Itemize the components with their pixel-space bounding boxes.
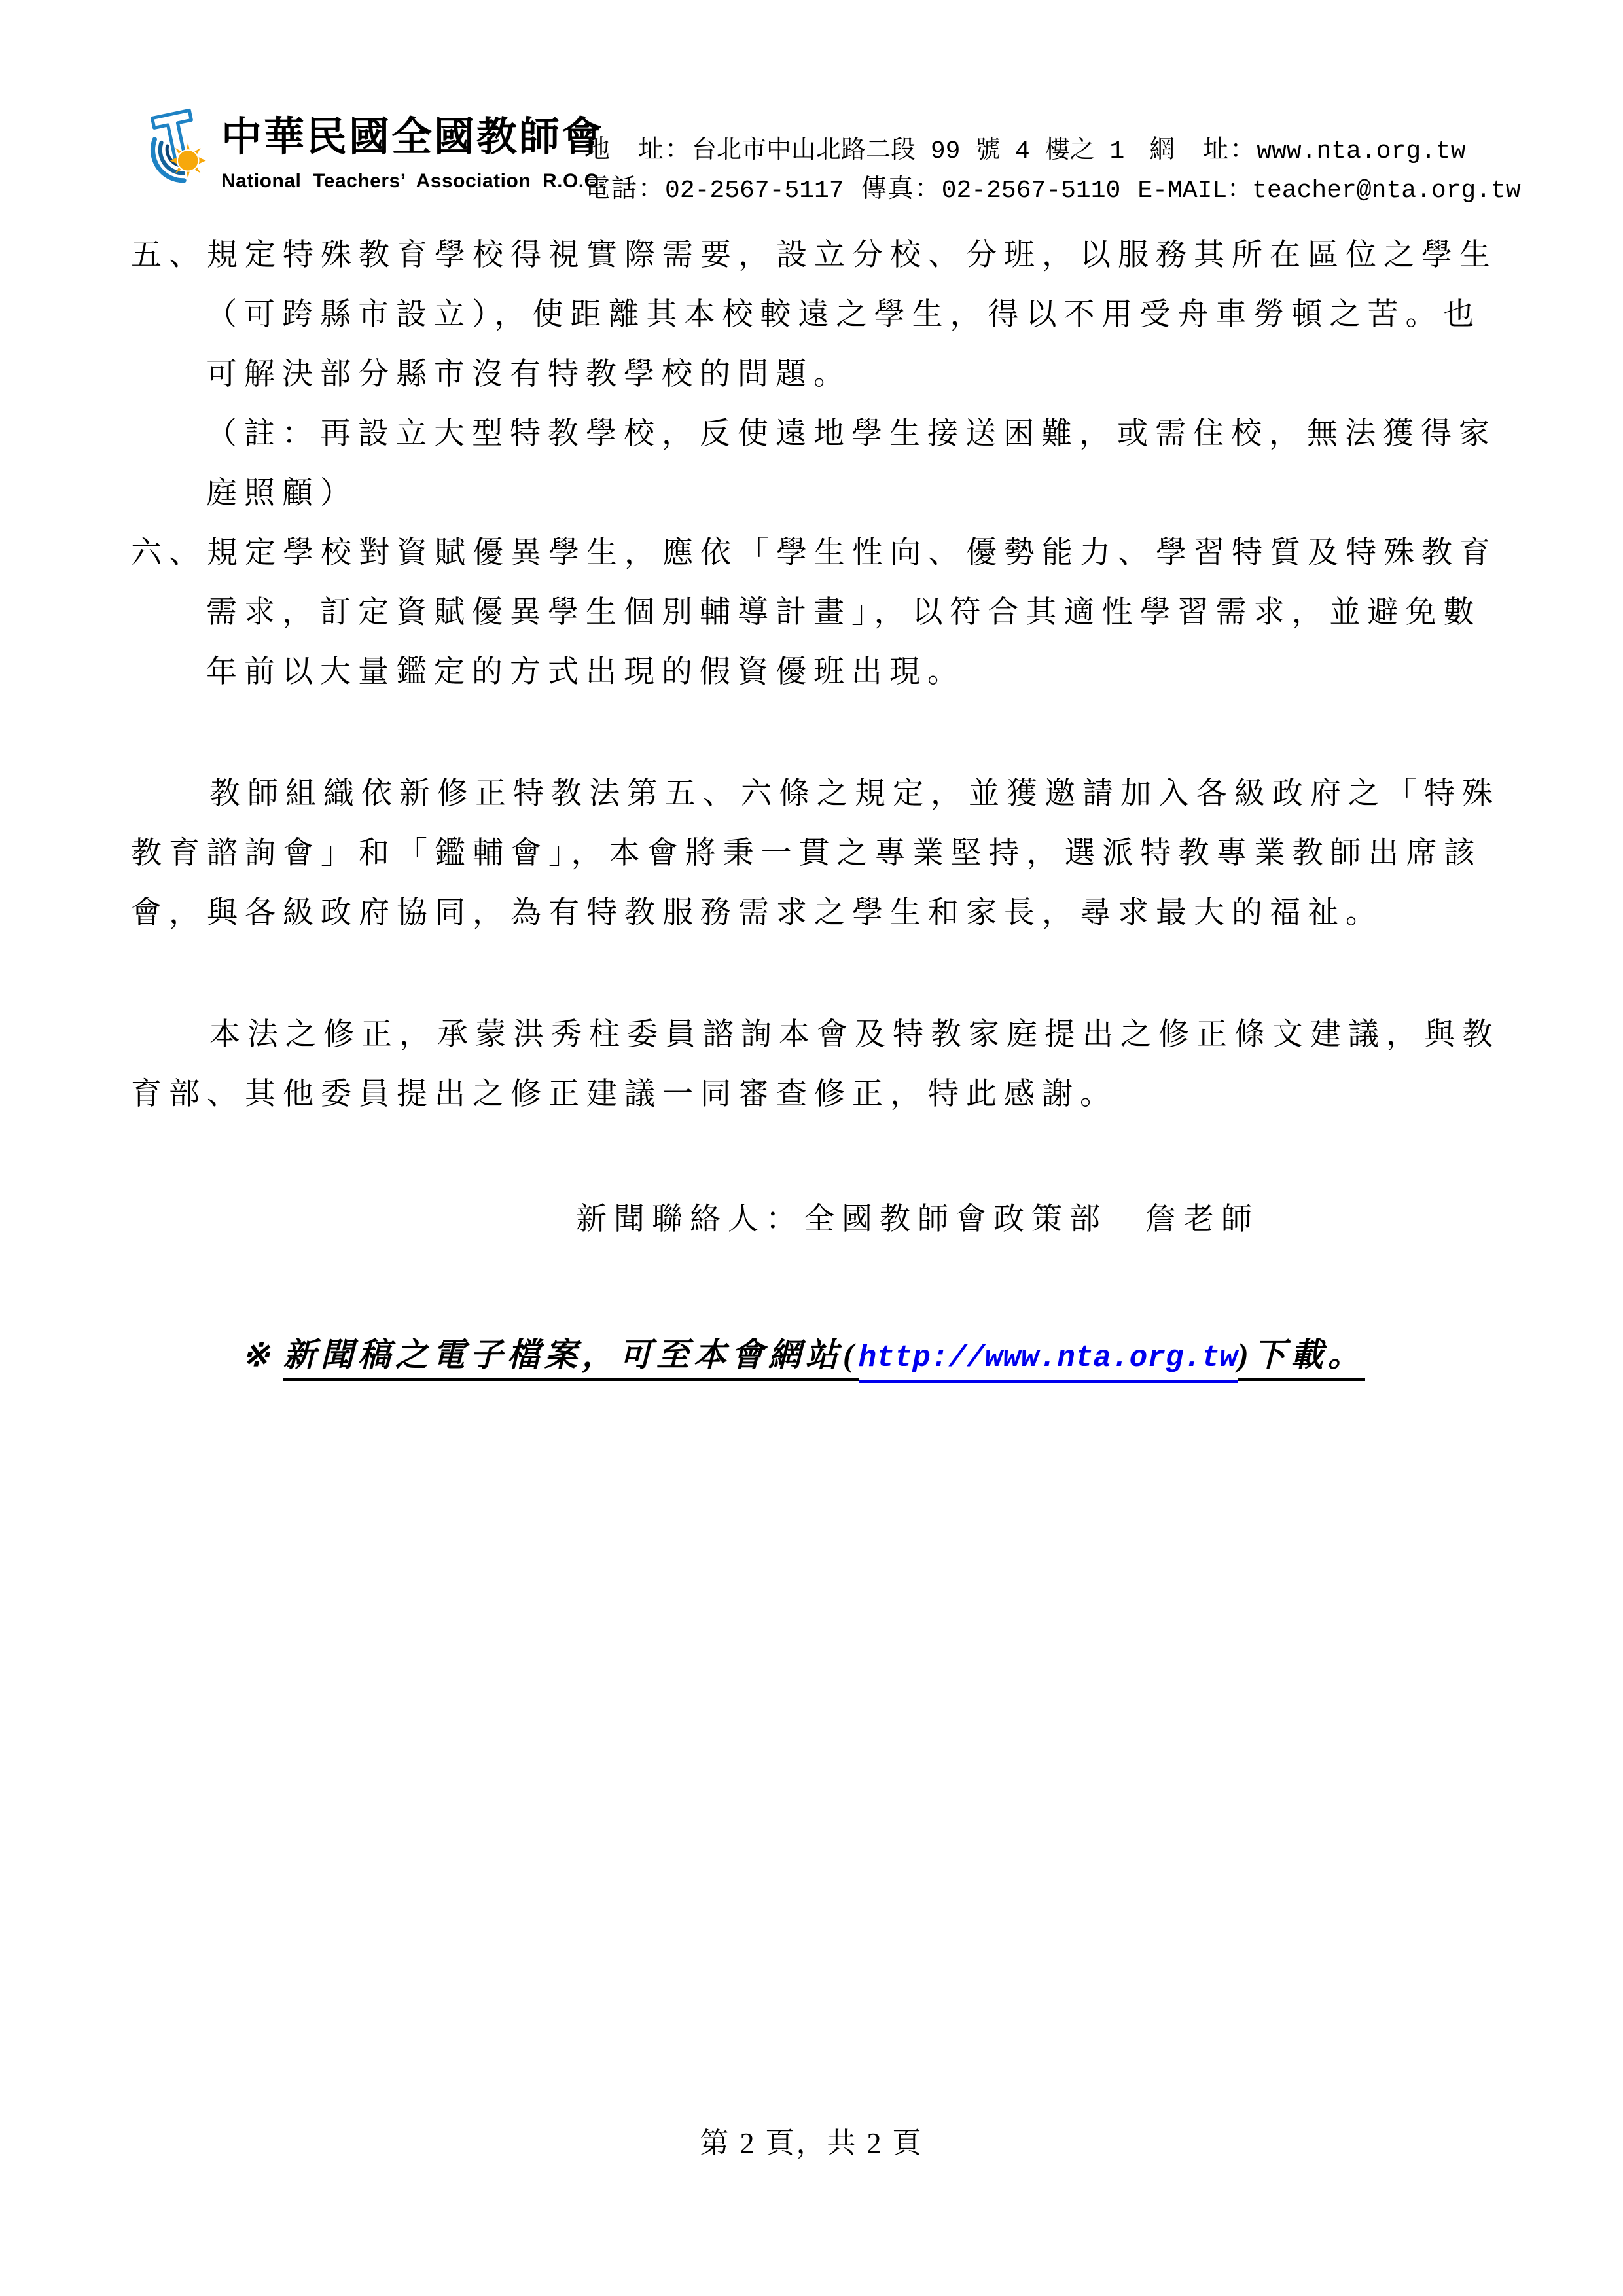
document-body: 五、規定特殊教育學校得視實際需要，設立分校、分班，以服務其所在區位之學生 （可跨… bbox=[131, 226, 1518, 1386]
org-name-zh: 中華民國全國教師會 bbox=[221, 105, 605, 170]
text-line: 五、規定特殊教育學校得視實際需要，設立分校、分班，以服務其所在區位之學生 bbox=[131, 226, 1518, 285]
document-page: 中華民國全國教師會 National Teachers’ Association… bbox=[0, 0, 1623, 2296]
list-item-6: 六、規定學校對資賦優異學生，應依「學生性向、優勢能力、學習特質及特殊教育 需求，… bbox=[131, 524, 1518, 702]
tel-value: 02-2567-5117 bbox=[665, 177, 844, 205]
press-contact-line: 新聞聯絡人：全國教師會政策部 詹老師 bbox=[131, 1190, 1518, 1249]
address-value: 台北市中山北路二段 99 號 4 樓之 1 bbox=[692, 137, 1124, 166]
text-line: （註：再設立大型特教學校，反使遠地學生接送困難，或需住校，無法獲得家 bbox=[131, 404, 1518, 464]
fax-value: 02-2567-5110 bbox=[942, 177, 1121, 205]
tel-label: 電話： bbox=[584, 175, 665, 203]
fax-label: 傳真： bbox=[861, 175, 942, 203]
text-line: 庭照顧） bbox=[131, 464, 1518, 524]
header-logo: 中華民國全國教師會 National Teachers’ Association… bbox=[145, 105, 605, 192]
address-line: 地 址：台北市中山北路二段 99 號 4 樓之 1網 址：www.nta.org… bbox=[584, 131, 1521, 170]
website-value: www.nta.org.tw bbox=[1257, 137, 1465, 166]
address-label: 地 址： bbox=[584, 135, 692, 164]
email-label: E-MAIL： bbox=[1137, 177, 1252, 205]
org-name-en: National Teachers’ Association R.O.C. bbox=[221, 170, 605, 192]
website-link[interactable]: http://www.nta.org.tw bbox=[859, 1341, 1238, 1383]
text-line: 可解決部分縣市沒有特教學校的問題。 bbox=[131, 345, 1518, 404]
email-value: teacher@nta.org.tw bbox=[1252, 177, 1520, 205]
download-note: ※新聞稿之電子檔案，可至本會網站(http://www.nta.org.tw)下… bbox=[131, 1327, 1518, 1386]
text-line: 會，與各級政府協同，為有特教服務需求之學生和家長，尋求最大的福祉。 bbox=[131, 884, 1518, 943]
reference-mark-icon: ※ bbox=[242, 1336, 274, 1373]
logo-text-block: 中華民國全國教師會 National Teachers’ Association… bbox=[221, 105, 605, 192]
paragraph-2: 本法之修正，承蒙洪秀柱委員諮詢本會及特教家庭提出之修正條文建議，與教 育部、其他… bbox=[131, 1005, 1518, 1124]
text-line: 需求，訂定資賦優異學生個別輔導計畫」，以符合其適性學習需求，並避免數 bbox=[131, 583, 1518, 643]
text-line: 本法之修正，承蒙洪秀柱委員諮詢本會及特教家庭提出之修正條文建議，與教 bbox=[131, 1005, 1518, 1065]
note-text-after: )下載。 bbox=[1238, 1336, 1365, 1381]
note-text-before: 新聞稿之電子檔案，可至本會網站( bbox=[283, 1336, 859, 1381]
page-footer: 第 2 頁，共 2 頁 bbox=[0, 2119, 1623, 2161]
list-item-5: 五、規定特殊教育學校得視實際需要，設立分校、分班，以服務其所在區位之學生 （可跨… bbox=[131, 226, 1518, 524]
text-line: 教師組織依新修正特教法第五、六條之規定，並獲邀請加入各級政府之「特殊 bbox=[131, 764, 1518, 824]
text-line: 育部、其他委員提出之修正建議一同審查修正，特此感謝。 bbox=[131, 1065, 1518, 1124]
text-line: 六、規定學校對資賦優異學生，應依「學生性向、優勢能力、學習特質及特殊教育 bbox=[131, 524, 1518, 583]
text-line: （可跨縣市設立），使距離其本校較遠之學生，得以不用受舟車勞頓之苦。也 bbox=[131, 285, 1518, 345]
website-label: 網 址： bbox=[1149, 135, 1257, 164]
paragraph-1: 教師組織依新修正特教法第五、六條之規定，並獲邀請加入各級政府之「特殊 教育諮詢會… bbox=[131, 764, 1518, 943]
text-line: 年前以大量鑑定的方式出現的假資優班出現。 bbox=[131, 643, 1518, 702]
text-line: 教育諮詢會」和「鑑輔會」，本會將秉一貫之專業堅持，選派特教專業教師出席該 bbox=[131, 824, 1518, 884]
nta-logo-icon bbox=[145, 105, 212, 187]
contact-info: 地 址：台北市中山北路二段 99 號 4 樓之 1網 址：www.nta.org… bbox=[584, 131, 1521, 209]
sun-icon bbox=[170, 143, 206, 179]
phone-line: 電話：02-2567-5117傳真：02-2567-5110E-MAIL：tea… bbox=[584, 170, 1521, 209]
